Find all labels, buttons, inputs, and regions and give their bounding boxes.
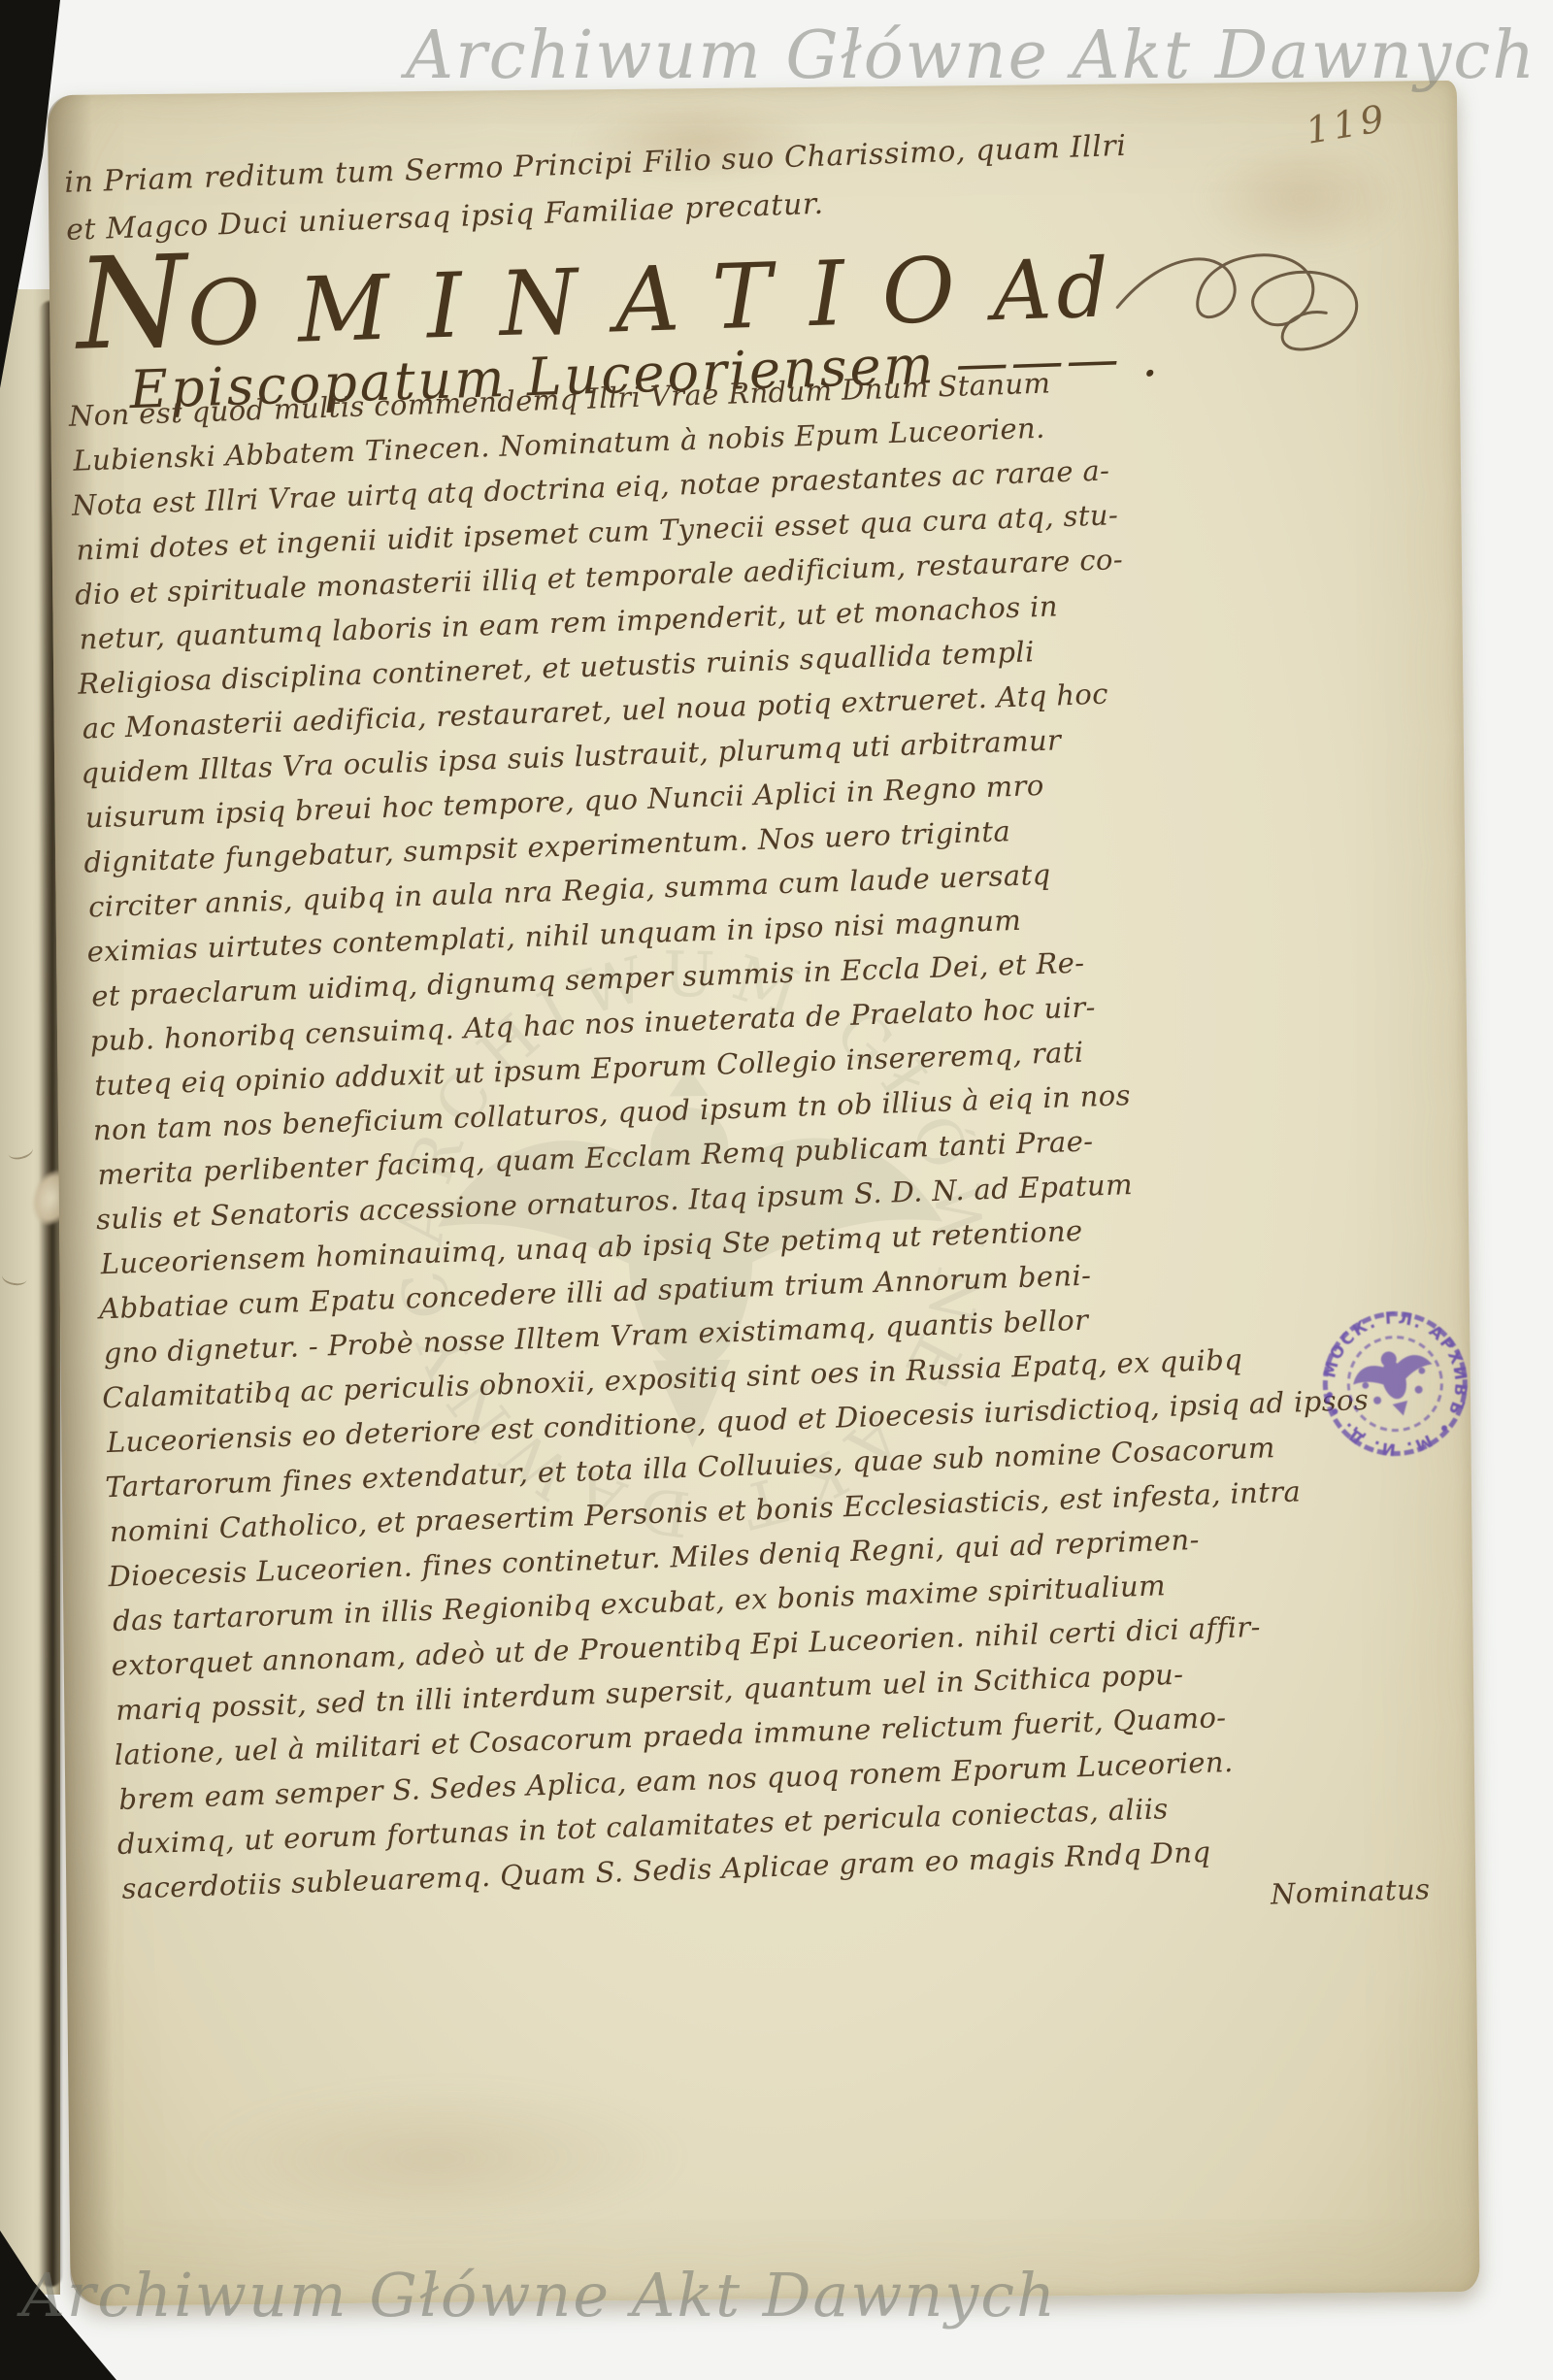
manuscript-page: ARCHIWUM GŁÓWNE AKT DAWNYCH 119 in Priam…: [48, 81, 1480, 2306]
title-initial: N: [74, 227, 188, 378]
ghost-ink-mark: [6, 1140, 34, 1162]
scan-watermark-top: Archiwum Główne Akt Dawnych: [406, 17, 1536, 94]
pen-flourish: [1097, 188, 1390, 376]
scan-watermark-bottom: Archiwum Główne Akt Dawnych: [21, 2260, 1057, 2330]
paper-stain: [184, 2078, 691, 2238]
ghost-ink-mark: [1, 1268, 28, 1287]
manuscript-scan: ARCHIWUM GŁÓWNE AKT DAWNYCH 119 in Priam…: [0, 0, 1553, 2380]
body-text: Non est quod multis commendemq Illri Vra…: [68, 347, 1503, 1956]
title-word-ad: Ad: [991, 240, 1115, 339]
